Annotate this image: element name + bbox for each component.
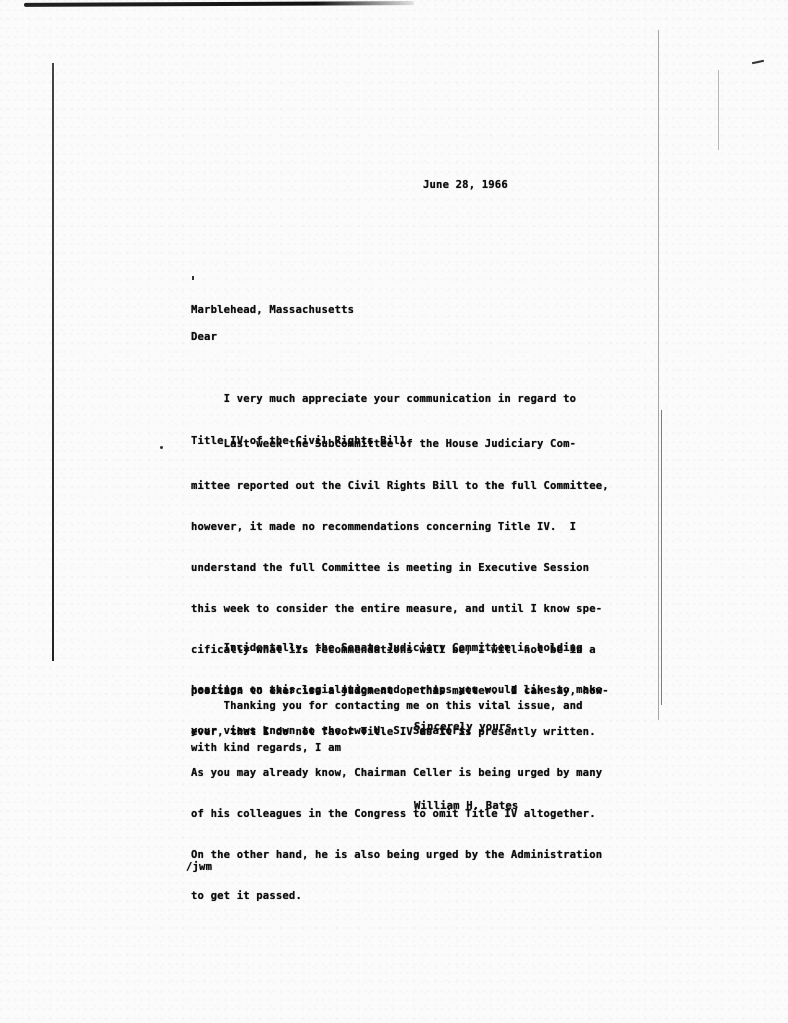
paragraph-line: On the other hand, he is also being urge…	[191, 849, 609, 863]
paragraph-line: with kind regards, I am	[191, 742, 583, 756]
paragraph-line: Incidentally, the Senate Judiciary Commi…	[191, 642, 602, 656]
typist-initials: /jwm	[186, 861, 212, 875]
paragraph-line: mittee reported out the Civil Rights Bil…	[191, 480, 609, 494]
paragraph-line: however, it made no recommendations conc…	[191, 521, 609, 535]
signature-name: William H. Bates	[414, 800, 518, 814]
margin-line-right-faint	[718, 70, 719, 150]
stray-dot	[192, 276, 194, 280]
margin-line-right-dark	[661, 410, 662, 705]
paragraph-line: to get it passed.	[191, 890, 609, 904]
margin-line-right	[658, 30, 659, 720]
margin-line-left	[52, 63, 54, 661]
paragraph-line: Last week the Subcommittee of the House …	[191, 438, 609, 452]
stray-dot	[160, 446, 163, 449]
paragraph-line: As you may already know, Chairman Celler…	[191, 767, 609, 781]
paragraph-line: Thanking you for contacting me on this v…	[191, 700, 583, 714]
paragraph-line: of his colleagues in the Congress to omi…	[191, 808, 609, 822]
closing: Sincerely yours,	[414, 721, 518, 735]
paragraph-line: understand the full Committee is meeting…	[191, 562, 609, 576]
recipient-address: Marblehead, Massachusetts	[191, 304, 354, 318]
paragraph-4: Thanking you for contacting me on this v…	[191, 673, 583, 769]
letter-date: June 28, 1966	[423, 179, 508, 193]
salutation: Dear	[191, 331, 217, 345]
paragraph-line: I very much appreciate your communicatio…	[191, 393, 576, 407]
